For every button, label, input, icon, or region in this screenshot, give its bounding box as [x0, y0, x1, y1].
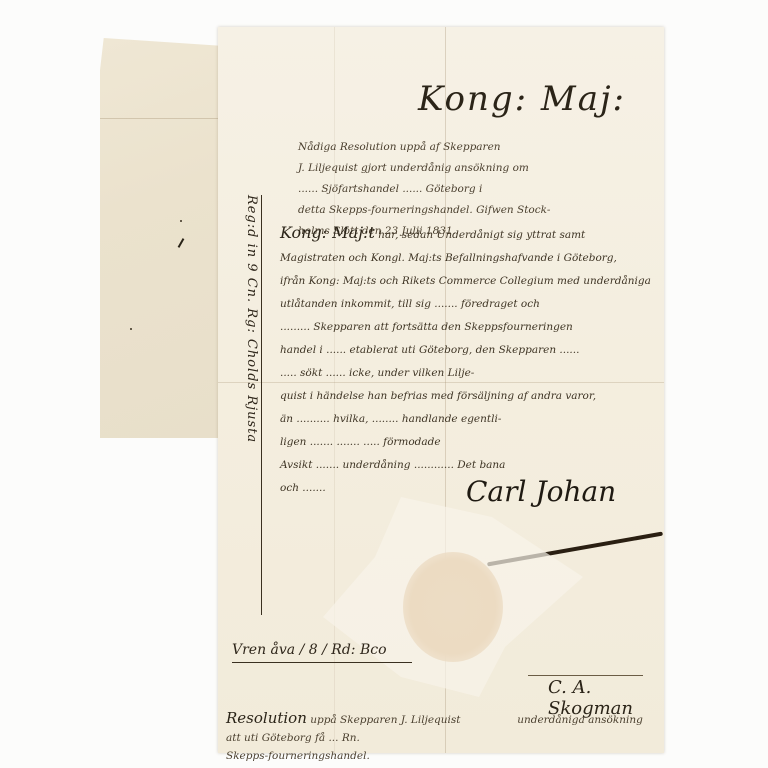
docket: Resolution uppå Skepparen J. Liljequist …: [226, 709, 656, 765]
body-line: ifrån Kong: Maj:ts och Rikets Commerce C…: [280, 270, 656, 293]
body-line: än .......... hvilka, ........ handlande…: [280, 408, 656, 431]
ink-dot: [180, 220, 182, 222]
wax-seal-impression: [403, 552, 503, 662]
folded-flap: [100, 38, 224, 438]
body-line: ..... sökt ...... icke, under vilken Lil…: [280, 362, 656, 385]
body-line: quist i händelse han befrias med försälj…: [280, 385, 656, 408]
body-line: Avsikt ....... underdåning ............ …: [280, 454, 656, 477]
registry-note: Vren åva / 8 / Rd: Bco: [232, 642, 412, 663]
body-line: ......... Skepparen att fortsätta den Sk…: [280, 316, 656, 339]
body-line: ligen ....... ....... ..... förmodade: [280, 431, 656, 454]
letter-heading: Kong: Maj:: [418, 79, 626, 119]
ink-dot: [130, 328, 132, 330]
vertical-registration-note: Reg:d in 9 Cn. Rg: Cholds Rjusta: [244, 195, 262, 615]
body-lead: Kong: Maj:t: [280, 223, 375, 242]
ink-mark: [178, 238, 185, 248]
docket-line: Skepps-fourneringshandel.: [226, 747, 656, 765]
body-line: har, sedan Underdånigt sig yttrat samt: [378, 229, 585, 241]
docket-line: uppå Skepparen J. Liljequist: [310, 714, 460, 726]
preamble-line: detta Skepps-fourneringshandel. Gifwen S…: [298, 200, 688, 221]
docket-lead: Resolution: [226, 709, 307, 727]
body-line: utlåtanden inkommit, till sig ....... fö…: [280, 293, 656, 316]
body-line: handel i ...... etablerat uti Göteborg, …: [280, 339, 656, 362]
royal-signature: Carl Johan: [466, 475, 616, 508]
letter-sheet: Kong: Maj: Nådiga Resolution uppå af Ske…: [218, 27, 664, 753]
countersign-rule: [528, 675, 643, 676]
body-line: Magistraten och Kongl. Maj:ts Befallning…: [280, 247, 656, 270]
preamble-line: J. Liljequist gjort underdånig ansökning…: [298, 158, 688, 179]
letter-body: Kong: Maj:t har, sedan Underdånigt sig y…: [280, 221, 656, 500]
preamble-line: Nådiga Resolution uppå af Skepparen: [298, 137, 688, 158]
preamble-line: ...... Sjöfartshandel ...... Göteborg i: [298, 179, 688, 200]
